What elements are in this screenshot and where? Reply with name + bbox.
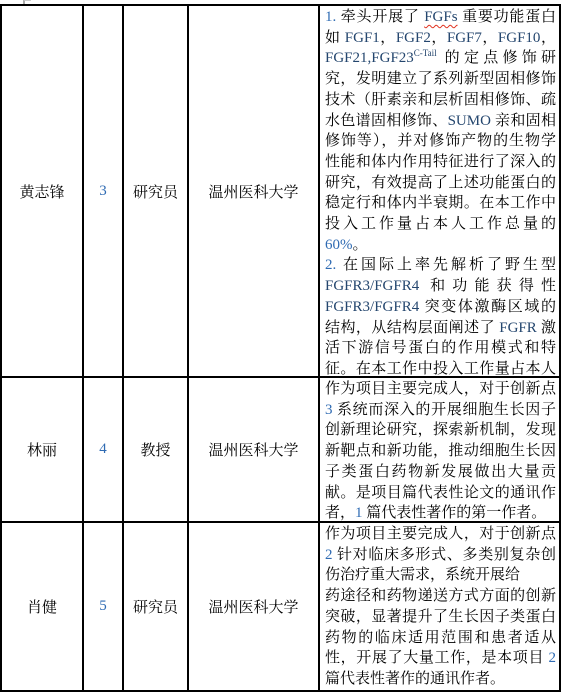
completers-table: 黄志锋 3 研究员 温州医科大学 1. 牵头开展了 FGFs 重要功能蛋白如 F… [0,4,561,692]
cell-name[interactable]: 林丽 [2,378,84,523]
cell-contribution[interactable]: 作为项目主要完成人，对于创新点 2 针对临床多形式、多类别复杂创伤治疗重大需求，… [320,523,559,690]
cell-name[interactable]: 黄志锋 [2,6,84,378]
completer-order: 3 [99,183,107,200]
cell-title[interactable]: 研究员 [124,6,189,378]
completer-order: 4 [99,441,107,458]
completer-institution: 温州医科大学 [208,181,298,202]
cell-order[interactable]: 4 [84,378,124,523]
completer-institution: 温州医科大学 [208,596,298,617]
cell-order[interactable]: 5 [84,523,124,690]
completer-name: 林丽 [27,439,57,460]
cell-title[interactable]: 研究员 [124,523,189,690]
completer-name: 肖健 [27,596,57,617]
completer-title: 研究员 [133,181,178,202]
completer-order: 5 [99,598,107,615]
cell-institution[interactable]: 温州医科大学 [189,378,320,523]
cell-contribution[interactable]: 作为项目主要完成人，对于创新点 3 系统而深入的开展细胞生长因子创新理论研究，探… [320,378,559,523]
cell-institution[interactable]: 温州医科大学 [189,523,320,690]
completer-name: 黄志锋 [19,181,64,202]
completer-title: 教授 [140,439,170,460]
cell-contribution[interactable]: 1. 牵头开展了 FGFs 重要功能蛋白如 FGF1，FGF2，FGF7，FGF… [320,6,559,378]
cell-name[interactable]: 肖健 [2,523,84,690]
cell-title[interactable]: 教授 [124,378,189,523]
completer-title: 研究员 [133,596,178,617]
completer-institution: 温州医科大学 [208,439,298,460]
cell-institution[interactable]: 温州医科大学 [189,6,320,378]
cell-order[interactable]: 3 [84,6,124,378]
